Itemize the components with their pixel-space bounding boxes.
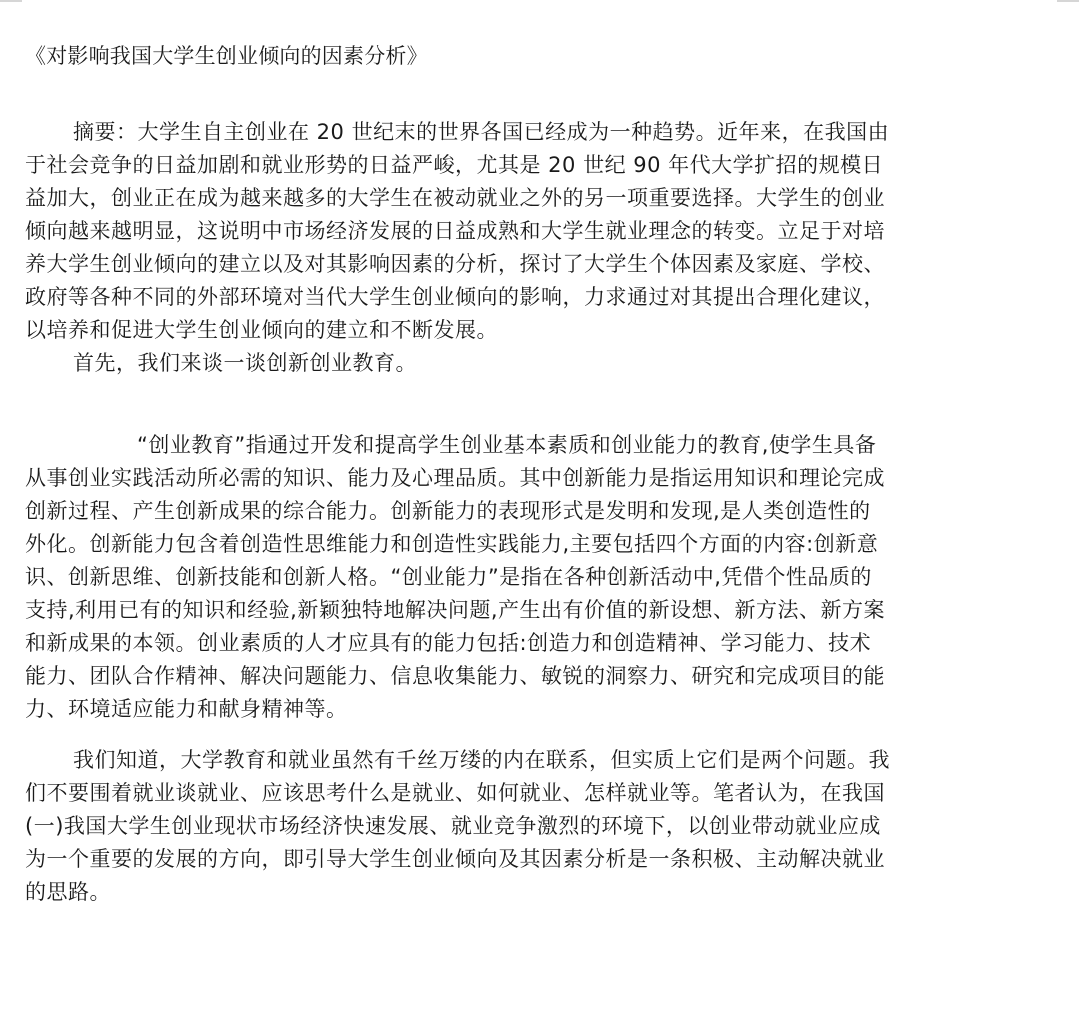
paragraph-spacer bbox=[25, 380, 1055, 429]
employment-line: 为一个重要的发展的方向，即引导大学生创业倾向及其因素分析是一条积极、主动解决就业 bbox=[25, 843, 1055, 876]
page-edge-mark-right bbox=[1057, 0, 1079, 2]
education-line: 创新过程、产生创新成果的综合能力。创新能力的表现形式是发明和发现,是人类创造性的 bbox=[25, 495, 1055, 528]
abstract-line: 以培养和促进大学生创业倾向的建立和不断发展。 bbox=[25, 314, 1055, 347]
education-line: 支持,利用已有的知识和经验,新颖独特地解决问题,产生出有价值的新设想、新方法、新… bbox=[25, 594, 1055, 627]
abstract-line: 养大学生创业倾向的建立以及对其影响因素的分析，探讨了大学生个体因素及家庭、学校、 bbox=[25, 248, 1055, 281]
education-line: 从事创业实践活动所必需的知识、能力及心理品质。其中创新能力是指运用知识和理论完成 bbox=[25, 462, 1055, 495]
abstract-line: 政府等各种不同的外部环境对当代大学生创业倾向的影响，力求通过对其提出合理化建议， bbox=[25, 281, 1055, 314]
intro-line: 首先，我们来谈一谈创新创业教育。 bbox=[25, 347, 1055, 380]
intro-paragraph: 首先，我们来谈一谈创新创业教育。 bbox=[25, 347, 1055, 380]
abstract-line: 益加大，创业正在成为越来越多的大学生在被动就业之外的另一项重要选择。大学生的创业 bbox=[25, 182, 1055, 215]
employment-line: 们不要围着就业谈就业、应该思考什么是就业、如何就业、怎样就业等。笔者认为，在我国 bbox=[25, 777, 1055, 810]
employment-line: (一)我国大学生创业现状市场经济快速发展、就业竞争激烈的环境下，以创业带动就业应… bbox=[25, 810, 1055, 843]
document-page: 《对影响我国大学生创业倾向的因素分析》 摘要：大学生自主创业在 20 世纪末的世… bbox=[25, 40, 1055, 909]
employment-paragraph: 我们知道，大学教育和就业虽然有千丝万缕的内在联系，但实质上它们是两个问题。我 们… bbox=[25, 744, 1055, 909]
education-line: 能力、团队合作精神、解决问题能力、信息收集能力、敏锐的洞察力、研究和完成项目的能 bbox=[25, 660, 1055, 693]
abstract-line: 摘要：大学生自主创业在 20 世纪末的世界各国已经成为一种趋势。近年来，在我国由 bbox=[25, 116, 1055, 149]
abstract-line: 倾向越来越明显，这说明中市场经济发展的日益成熟和大学生就业理念的转变。立足于对培 bbox=[25, 215, 1055, 248]
education-line: “创业教育”指通过开发和提高学生创业基本素质和创业能力的教育,使学生具备 bbox=[25, 429, 1055, 462]
education-line: 和新成果的本领。创业素质的人才应具有的能力包括:创造力和创造精神、学习能力、技术 bbox=[25, 627, 1055, 660]
employment-line: 的思路。 bbox=[25, 876, 1055, 909]
education-paragraph: “创业教育”指通过开发和提高学生创业基本素质和创业能力的教育,使学生具备 从事创… bbox=[25, 429, 1055, 726]
education-line: 外化。创新能力包含着创造性思维能力和创造性实践能力,主要包括四个方面的内容:创新… bbox=[25, 528, 1055, 561]
education-line: 力、环境适应能力和献身精神等。 bbox=[25, 693, 1055, 726]
abstract-line: 于社会竞争的日益加剧和就业形势的日益严峻，尤其是 20 世纪 90 年代大学扩招… bbox=[25, 149, 1055, 182]
education-line: 识、创新思维、创新技能和创新人格。“创业能力”是指在各种创新活动中,凭借个性品质… bbox=[25, 561, 1055, 594]
employment-line: 我们知道，大学教育和就业虽然有千丝万缕的内在联系，但实质上它们是两个问题。我 bbox=[25, 744, 1055, 777]
paragraph-spacer bbox=[25, 726, 1055, 744]
abstract-paragraph: 摘要：大学生自主创业在 20 世纪末的世界各国已经成为一种趋势。近年来，在我国由… bbox=[25, 116, 1055, 347]
page-edge-mark-left bbox=[0, 0, 22, 2]
document-title: 《对影响我国大学生创业倾向的因素分析》 bbox=[25, 40, 1055, 73]
